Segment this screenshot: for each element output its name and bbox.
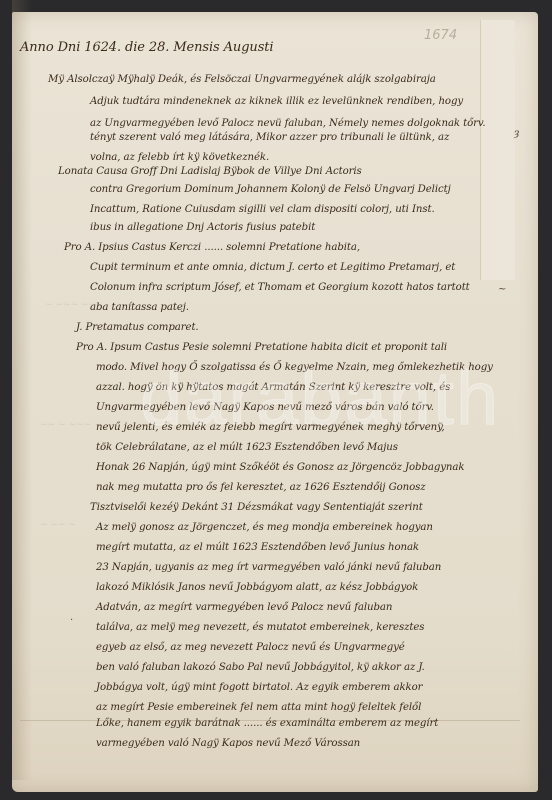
manuscript-line: modo. Mivel hogy Ő szolgatissa és Ő kegy… [96,362,493,373]
archival-number: 1674 [424,28,457,43]
bleed-through-text: ~ ~~~ ~~ [45,300,96,310]
page-stain [12,0,32,780]
manuscript-line: aba tanítassa patej. [90,302,189,313]
manuscript-line: Lonata Causa Groff Dni Ladislaj Bÿbok de… [58,166,362,177]
margin-mark: ~ [498,284,506,295]
manuscript-line: nevű jelenti, és emlék az felebb megírt … [96,422,445,433]
manuscript-line: Cupit terminum et ante omnia, dictum J. … [90,262,455,273]
manuscript-line: Incattum, Ratione Cuiusdam sigilli vel c… [90,204,435,215]
manuscript-line: nak meg mutatta pro ős fel keresztet, az… [96,482,426,493]
bleed-through-text: ~~ ~ ~~~ [40,420,91,430]
manuscript-line: Jobbágya volt, úgÿ mint fogott birtatol.… [96,682,422,693]
page-fold-line [20,720,520,781]
manuscript-line: lakozó Miklósik Janos nevű Jobbágyom ala… [96,582,418,593]
manuscript-line: Lőke, hanem egyik barátnak ...... és exa… [96,718,438,729]
manuscript-line: találva, az melÿ meg nevezett, és mutato… [96,622,424,633]
manuscript-line: Adatván, az megírt varmegyében levő Palo… [96,602,392,613]
manuscript-line: ben való faluban lakozó Sabo Pal nevű Jo… [96,662,425,673]
manuscript-line: tényt szerent való meg látására, Mikor a… [90,132,449,143]
manuscript-line: J. Pretamatus comparet. [76,322,199,333]
bleed-through-text: ~ ~~ ~ [40,520,76,530]
manuscript-line: Pro A. Ipsius Castus Kerczi ...... solem… [64,242,360,253]
document-heading: Anno Dni 1624. die 28. Mensis Augusti [20,40,273,55]
page-folded-edge [480,20,515,280]
manuscript-line: megírt mutatta, az el múlt 1623 Esztendő… [96,542,419,553]
manuscript-line: Colonum infra scriptum Jósef, et Thomam … [90,282,470,293]
manuscript-line: Pro A. Ipsum Castus Pesie solemni Pretat… [76,342,447,353]
manuscript-line: 23 Napján, ugyanis az meg írt varmegyébe… [96,562,441,573]
manuscript-line: volna, az felebb írt kÿ következnék. [90,152,269,163]
manuscript-line: az megírt Pesie embereinek fel nem atta … [96,702,421,713]
manuscript-line: azzal. hogÿ ön kÿ hÿtatos magát Armatán … [96,382,450,393]
margin-dot: · [70,615,73,626]
manuscript-line: varmegyében való Nagÿ Kapos nevű Mező Vá… [96,738,360,749]
manuscript-line: ibus in allegatione Dnj Actoris fusius p… [90,222,315,233]
manuscript-line: Tisztviselői kezéÿ Dekánt 31 Dézsmákat v… [90,502,423,513]
manuscript-line: az Ungvarmegyében levő Palocz nevü falub… [90,118,486,129]
manuscript-line: Honak 26 Napján, úgÿ mint Szőkéöt és Gon… [96,462,464,473]
manuscript-line: Ungvarmegyében levő Nagÿ Kapos nevű mező… [96,402,434,413]
manuscript-line: Adjuk tudtára mindeneknek az kiknek illi… [90,96,463,107]
margin-mark: ȝ [514,128,519,139]
manuscript-line: tök Celebrálatane, az el múlt 1623 Eszte… [96,442,398,453]
manuscript-line: contra Gregorium Dominum Johannem Kolonÿ… [90,184,451,195]
manuscript-line: Az melÿ gonosz az Jörgenczet, és meg mon… [96,522,433,533]
manuscript-line: egyeb az első, az meg nevezett Palocz ne… [96,642,405,653]
manuscript-line: Mÿ Alsolczaÿ Mÿhalÿ Deák, és Felsöczai U… [48,74,436,85]
